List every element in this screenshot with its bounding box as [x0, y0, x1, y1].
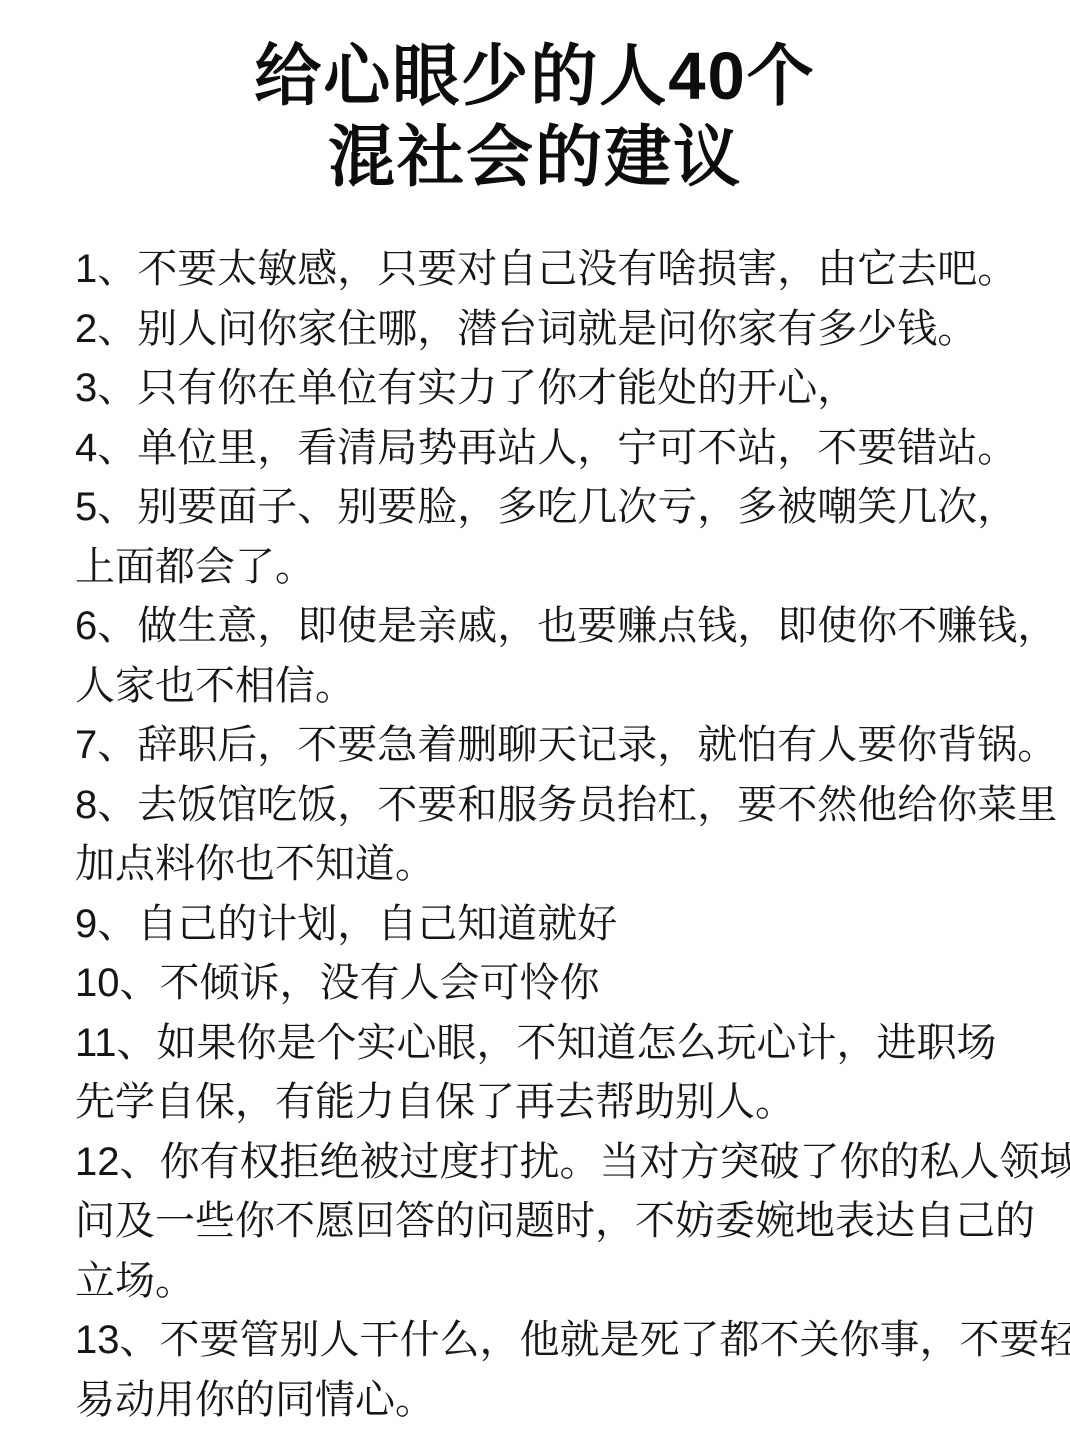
item-number: 4、 — [75, 426, 137, 470]
item-text: 别人问你家住哪，潜台词就是问你家有多少钱。 — [137, 307, 977, 351]
advice-line-first: 2、别人问你家住哪，潜台词就是问你家有多少钱。 — [75, 300, 1058, 360]
item-text: 你有权拒绝被过度打扰。当对方突破了你的私人领域 — [160, 1140, 1070, 1184]
advice-line-first: 1、不要太敏感，只要对自己没有啥损害，由它去吧。 — [75, 240, 1058, 300]
advice-item: 6、做生意，即使是亲戚，也要赚点钱，即使你不赚钱，人家也不相信。 — [75, 597, 1058, 716]
item-text: 不倾诉，没有人会可怜你 — [160, 961, 600, 1005]
advice-item: 13、不要管别人干什么，他就是死了都不关你事，不要轻易动用你的同情心。 — [75, 1311, 1058, 1430]
item-text: 别要面子、别要脸，多吃几次亏，多被嘲笑几次， — [137, 485, 1017, 529]
page: 给心眼少的人40个 混社会的建议 1、不要太敏感，只要对自己没有啥损害，由它去吧… — [0, 0, 1070, 1448]
advice-line-first: 9、自己的计划，自己知道就好 — [75, 895, 1058, 955]
advice-item: 2、别人问你家住哪，潜台词就是问你家有多少钱。 — [75, 300, 1058, 360]
advice-line-wrap: 人家也不相信。 — [75, 657, 1058, 717]
advice-line-wrap: 加点料你也不知道。 — [75, 835, 1058, 895]
item-text: 只有你在单位有实力了你才能处的开心， — [137, 366, 857, 410]
advice-item: 5、别要面子、别要脸，多吃几次亏，多被嘲笑几次，上面都会了。 — [75, 478, 1058, 597]
advice-line-first: 13、不要管别人干什么，他就是死了都不关你事，不要轻 — [75, 1311, 1058, 1371]
advice-line-first: 5、别要面子、别要脸，多吃几次亏，多被嘲笑几次， — [75, 478, 1058, 538]
advice-line-wrap: 先学自保，有能力自保了再去帮助别人。 — [75, 1073, 1058, 1133]
item-number: 12、 — [75, 1140, 160, 1184]
advice-line-first: 6、做生意，即使是亲戚，也要赚点钱，即使你不赚钱， — [75, 597, 1058, 657]
advice-item: 11、如果你是个实心眼，不知道怎么玩心计，进职场先学自保，有能力自保了再去帮助别… — [75, 1014, 1058, 1133]
item-number: 3、 — [75, 366, 137, 410]
item-number: 11、 — [75, 1021, 157, 1065]
advice-line-wrap: 易动用你的同情心。 — [75, 1371, 1058, 1431]
item-number: 2、 — [75, 307, 137, 351]
title-line-1: 给心眼少的人40个 — [0, 36, 1070, 117]
advice-line-first: 10、不倾诉，没有人会可怜你 — [75, 954, 1058, 1014]
item-text: 做生意，即使是亲戚，也要赚点钱，即使你不赚钱， — [137, 604, 1057, 648]
advice-item: 3、只有你在单位有实力了你才能处的开心， — [75, 359, 1058, 419]
item-text: 不要太敏感，只要对自己没有啥损害，由它去吧。 — [137, 247, 1017, 291]
advice-line-first: 4、单位里，看清局势再站人，宁可不站，不要错站。 — [75, 419, 1058, 479]
item-text: 不要管别人干什么，他就是死了都不关你事，不要轻 — [160, 1318, 1070, 1362]
advice-item: 1、不要太敏感，只要对自己没有啥损害，由它去吧。 — [75, 240, 1058, 300]
item-text: 自己的计划，自己知道就好 — [137, 902, 617, 946]
item-number: 13、 — [75, 1318, 160, 1362]
advice-line-first: 12、你有权拒绝被过度打扰。当对方突破了你的私人领域 — [75, 1133, 1058, 1193]
item-number: 10、 — [75, 961, 160, 1005]
item-text: 如果你是个实心眼，不知道怎么玩心计，进职场 — [157, 1021, 997, 1065]
advice-item: 8、去饭馆吃饭，不要和服务员抬杠，要不然他给你菜里加点料你也不知道。 — [75, 776, 1058, 895]
item-text: 去饭馆吃饭，不要和服务员抬杠，要不然他给你菜里 — [137, 783, 1057, 827]
advice-item: 12、你有权拒绝被过度打扰。当对方突破了你的私人领域问及一些你不愿回答的问题时，… — [75, 1133, 1058, 1312]
item-number: 5、 — [75, 485, 137, 529]
advice-item: 9、自己的计划，自己知道就好 — [75, 895, 1058, 955]
item-text: 辞职后，不要急着删聊天记录，就怕有人要你背锅。 — [137, 723, 1057, 767]
advice-item: 10、不倾诉，没有人会可怜你 — [75, 954, 1058, 1014]
advice-line-first: 8、去饭馆吃饭，不要和服务员抬杠，要不然他给你菜里 — [75, 776, 1058, 836]
advice-item: 7、辞职后，不要急着删聊天记录，就怕有人要你背锅。 — [75, 716, 1058, 776]
item-number: 6、 — [75, 604, 137, 648]
item-text: 单位里，看清局势再站人，宁可不站，不要错站。 — [137, 426, 1017, 470]
item-number: 8、 — [75, 783, 137, 827]
advice-list: 1、不要太敏感，只要对自己没有啥损害，由它去吧。 2、别人问你家住哪，潜台词就是… — [75, 240, 1058, 1430]
advice-line-wrap: 问及一些你不愿回答的问题时，不妨委婉地表达自己的 — [75, 1192, 1058, 1252]
advice-line-first: 7、辞职后，不要急着删聊天记录，就怕有人要你背锅。 — [75, 716, 1058, 776]
item-number: 9、 — [75, 902, 137, 946]
item-number: 7、 — [75, 723, 137, 767]
page-title: 给心眼少的人40个 混社会的建议 — [0, 0, 1070, 198]
advice-line-first: 3、只有你在单位有实力了你才能处的开心， — [75, 359, 1058, 419]
advice-line-first: 11、如果你是个实心眼，不知道怎么玩心计，进职场 — [75, 1014, 1058, 1074]
title-line-2: 混社会的建议 — [0, 117, 1070, 198]
advice-line-wrap: 立场。 — [75, 1252, 1058, 1312]
advice-item: 4、单位里，看清局势再站人，宁可不站，不要错站。 — [75, 419, 1058, 479]
advice-line-wrap: 上面都会了。 — [75, 538, 1058, 598]
item-number: 1、 — [75, 247, 137, 291]
